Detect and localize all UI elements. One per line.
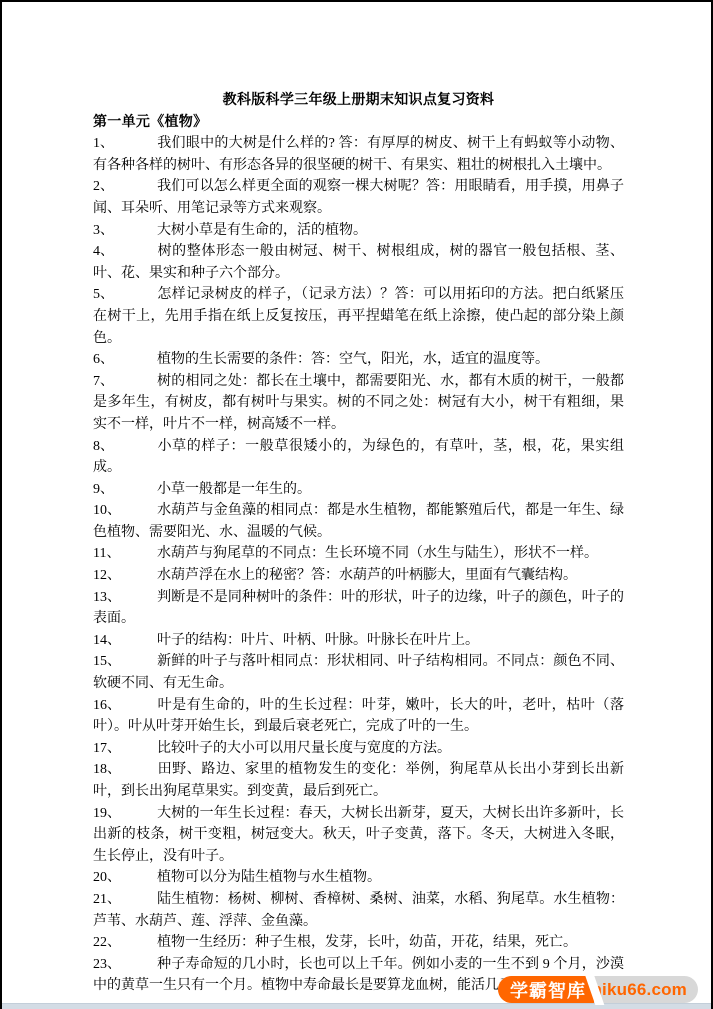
item-number: 19、 [93, 803, 157, 825]
item-text: 我们眼中的大树是什么样的? 答：有厚厚的树皮、树干上有蚂蚁等小动物、有各种各样的… [93, 136, 624, 173]
list-item: 17、比较叶子的大小可以用尺量长度与宽度的方法。 [93, 738, 624, 760]
item-number: 3、 [93, 220, 157, 242]
list-item: 6、植物的生长需要的条件：答：空气，阳光，水，适宜的温度等。 [93, 349, 624, 371]
item-text: 水葫芦与狗尾草的不同点：生长环境不同（水生与陆生），形状不一样。 [157, 546, 598, 561]
item-text: 陆生植物：杨树、柳树、香樟树、桑树、油菜，水稻、狗尾草。水生植物：芦苇、水葫芦、… [93, 892, 624, 929]
watermark-badge[interactable]: zhiku66.com 学霸智库 [498, 976, 698, 1003]
list-item: 1、我们眼中的大树是什么样的? 答：有厚厚的树皮、树干上有蚂蚁等小动物、有各种各… [93, 133, 624, 176]
item-text: 小草一般都是一年生的。 [157, 482, 311, 497]
watermark-brand-panel: 学霸智库 [498, 976, 594, 1003]
item-text: 大树小草是有生命的，活的植物。 [157, 223, 367, 238]
items-list: 1、我们眼中的大树是什么样的? 答：有厚厚的树皮、树干上有蚂蚁等小动物、有各种各… [93, 133, 624, 997]
item-number: 17、 [93, 738, 157, 760]
item-text: 判断是不是同种树叶的条件：叶的形状，叶子的边缘，叶子的颜色，叶子的表面。 [93, 590, 624, 627]
item-number: 5、 [93, 284, 157, 306]
watermark-brand-label: 学霸智库 [510, 977, 586, 1003]
list-item: 15、新鲜的叶子与落叶相同点：形状相同、叶子结构相同。不同点：颜色不同、软硬不同… [93, 651, 624, 694]
item-number: 15、 [93, 651, 157, 673]
item-number: 6、 [93, 349, 157, 371]
list-item: 21、陆生植物：杨树、柳树、香樟树、桑树、油菜，水稻、狗尾草。水生植物：芦苇、水… [93, 889, 624, 932]
item-text: 比较叶子的大小可以用尺量长度与宽度的方法。 [157, 741, 451, 756]
document-content: 教科版科学三年级上册期末知识点复习资料 第一单元《植物》 1、我们眼中的大树是什… [93, 90, 624, 997]
item-text: 怎样记录树皮的样子，（记录方法）？答：可以用拓印的方法。把白纸紧压在树干上，先用… [93, 287, 624, 345]
document-title: 教科版科学三年级上册期末知识点复习资料 [93, 90, 624, 112]
item-number: 8、 [93, 436, 157, 458]
item-text: 大树的一年生长过程：春天，大树长出新芽，夏天，大树长出许多新叶，长出新的枝条，树… [93, 806, 624, 864]
list-item: 20、植物可以分为陆生植物与水生植物。 [93, 867, 624, 889]
list-item: 7、树的相同之处：都长在土壤中，都需要阳光、水，都有木质的树干，一般都是多年生，… [93, 371, 624, 436]
list-item: 4、树的整体形态一般由树冠、树干、树根组成，树的器官一般包括根、茎、叶、花、果实… [93, 241, 624, 284]
list-item: 10、水葫芦与金鱼藻的相同点：都是水生植物，都能繁殖后代，都是一年生、绿色植物、… [93, 500, 624, 543]
item-text: 植物一生经历：种子生根，发芽，长叶，幼苗，开花，结果，死亡。 [157, 935, 577, 950]
item-number: 22、 [93, 932, 157, 954]
list-item: 11、水葫芦与狗尾草的不同点：生长环境不同（水生与陆生），形状不一样。 [93, 543, 624, 565]
list-item: 3、大树小草是有生命的，活的植物。 [93, 220, 624, 242]
list-item: 22、植物一生经历：种子生根，发芽，长叶，幼苗，开花，结果，死亡。 [93, 932, 624, 954]
item-number: 9、 [93, 479, 157, 501]
page-bottom-divider [2, 1003, 711, 1009]
list-item: 2、我们可以怎么样更全面的观察一棵大树呢？答：用眼睛看，用手摸，用鼻子闻、耳朵听… [93, 176, 624, 219]
item-number: 20、 [93, 867, 157, 889]
item-text: 水葫芦浮在水上的秘密？答：水葫芦的叶柄膨大，里面有气囊结构。 [157, 568, 577, 583]
item-number: 14、 [93, 630, 157, 652]
item-number: 2、 [93, 176, 157, 198]
item-text: 田野、路边、家里的植物发生的变化：举例，狗尾草从长出小芽到长出新叶，到长出狗尾草… [93, 762, 624, 799]
item-text: 叶子的结构：叶片、叶柄、叶脉。叶脉长在叶片上。 [157, 633, 479, 648]
item-number: 4、 [93, 241, 157, 263]
item-text: 植物的生长需要的条件：答：空气，阳光，水，适宜的温度等。 [157, 352, 549, 367]
item-number: 10、 [93, 500, 157, 522]
list-item: 9、小草一般都是一年生的。 [93, 479, 624, 501]
item-number: 7、 [93, 371, 157, 393]
item-number: 23、 [93, 954, 157, 976]
item-text: 叶是有生命的，叶的生长过程：叶芽，嫩叶，长大的叶，老叶，枯叶（落叶）。叶从叶芽开… [93, 698, 624, 735]
item-number: 12、 [93, 565, 157, 587]
item-number: 1、 [93, 133, 157, 155]
item-number: 21、 [93, 889, 157, 911]
item-text: 树的整体形态一般由树冠、树干、树根组成，树的器官一般包括根、茎、叶、花、果实和种… [93, 244, 624, 281]
item-text: 小草的样子：一般草很矮小的，为绿色的，有草叶，茎，根，花，果实组成。 [93, 439, 624, 476]
list-item: 18、田野、路边、家里的植物发生的变化：举例，狗尾草从长出小芽到长出新叶，到长出… [93, 759, 624, 802]
list-item: 19、大树的一年生长过程：春天，大树长出新芽，夏天，大树长出许多新叶，长出新的枝… [93, 803, 624, 868]
item-number: 16、 [93, 695, 157, 717]
item-text: 植物可以分为陆生植物与水生植物。 [157, 870, 381, 885]
section-heading: 第一单元《植物》 [93, 112, 624, 134]
item-text: 树的相同之处：都长在土壤中，都需要阳光、水，都有木质的树干，一般都是多年生，有树… [93, 374, 624, 432]
item-number: 13、 [93, 587, 157, 609]
list-item: 16、叶是有生命的，叶的生长过程：叶芽，嫩叶，长大的叶，老叶，枯叶（落叶）。叶从… [93, 695, 624, 738]
item-number: 11、 [93, 543, 157, 565]
item-text: 我们可以怎么样更全面的观察一棵大树呢？答：用眼睛看，用手摸，用鼻子闻、耳朵听、用… [93, 179, 624, 216]
list-item: 12、水葫芦浮在水上的秘密？答：水葫芦的叶柄膨大，里面有气囊结构。 [93, 565, 624, 587]
list-item: 8、小草的样子：一般草很矮小的，为绿色的，有草叶，茎，根，花，果实组成。 [93, 436, 624, 479]
list-item: 13、判断是不是同种树叶的条件：叶的形状，叶子的边缘，叶子的颜色，叶子的表面。 [93, 587, 624, 630]
item-number: 18、 [93, 759, 157, 781]
list-item: 5、怎样记录树皮的样子，（记录方法）？答：可以用拓印的方法。把白纸紧压在树干上，… [93, 284, 624, 349]
item-text: 新鲜的叶子与落叶相同点：形状相同、叶子结构相同。不同点：颜色不同、软硬不同、有无… [93, 654, 624, 691]
document-page: 教科版科学三年级上册期末知识点复习资料 第一单元《植物》 1、我们眼中的大树是什… [0, 0, 713, 1009]
item-text: 水葫芦与金鱼藻的相同点：都是水生植物，都能繁殖后代，都是一年生、绿色植物、需要阳… [93, 503, 624, 540]
list-item: 14、叶子的结构：叶片、叶柄、叶脉。叶脉长在叶片上。 [93, 630, 624, 652]
